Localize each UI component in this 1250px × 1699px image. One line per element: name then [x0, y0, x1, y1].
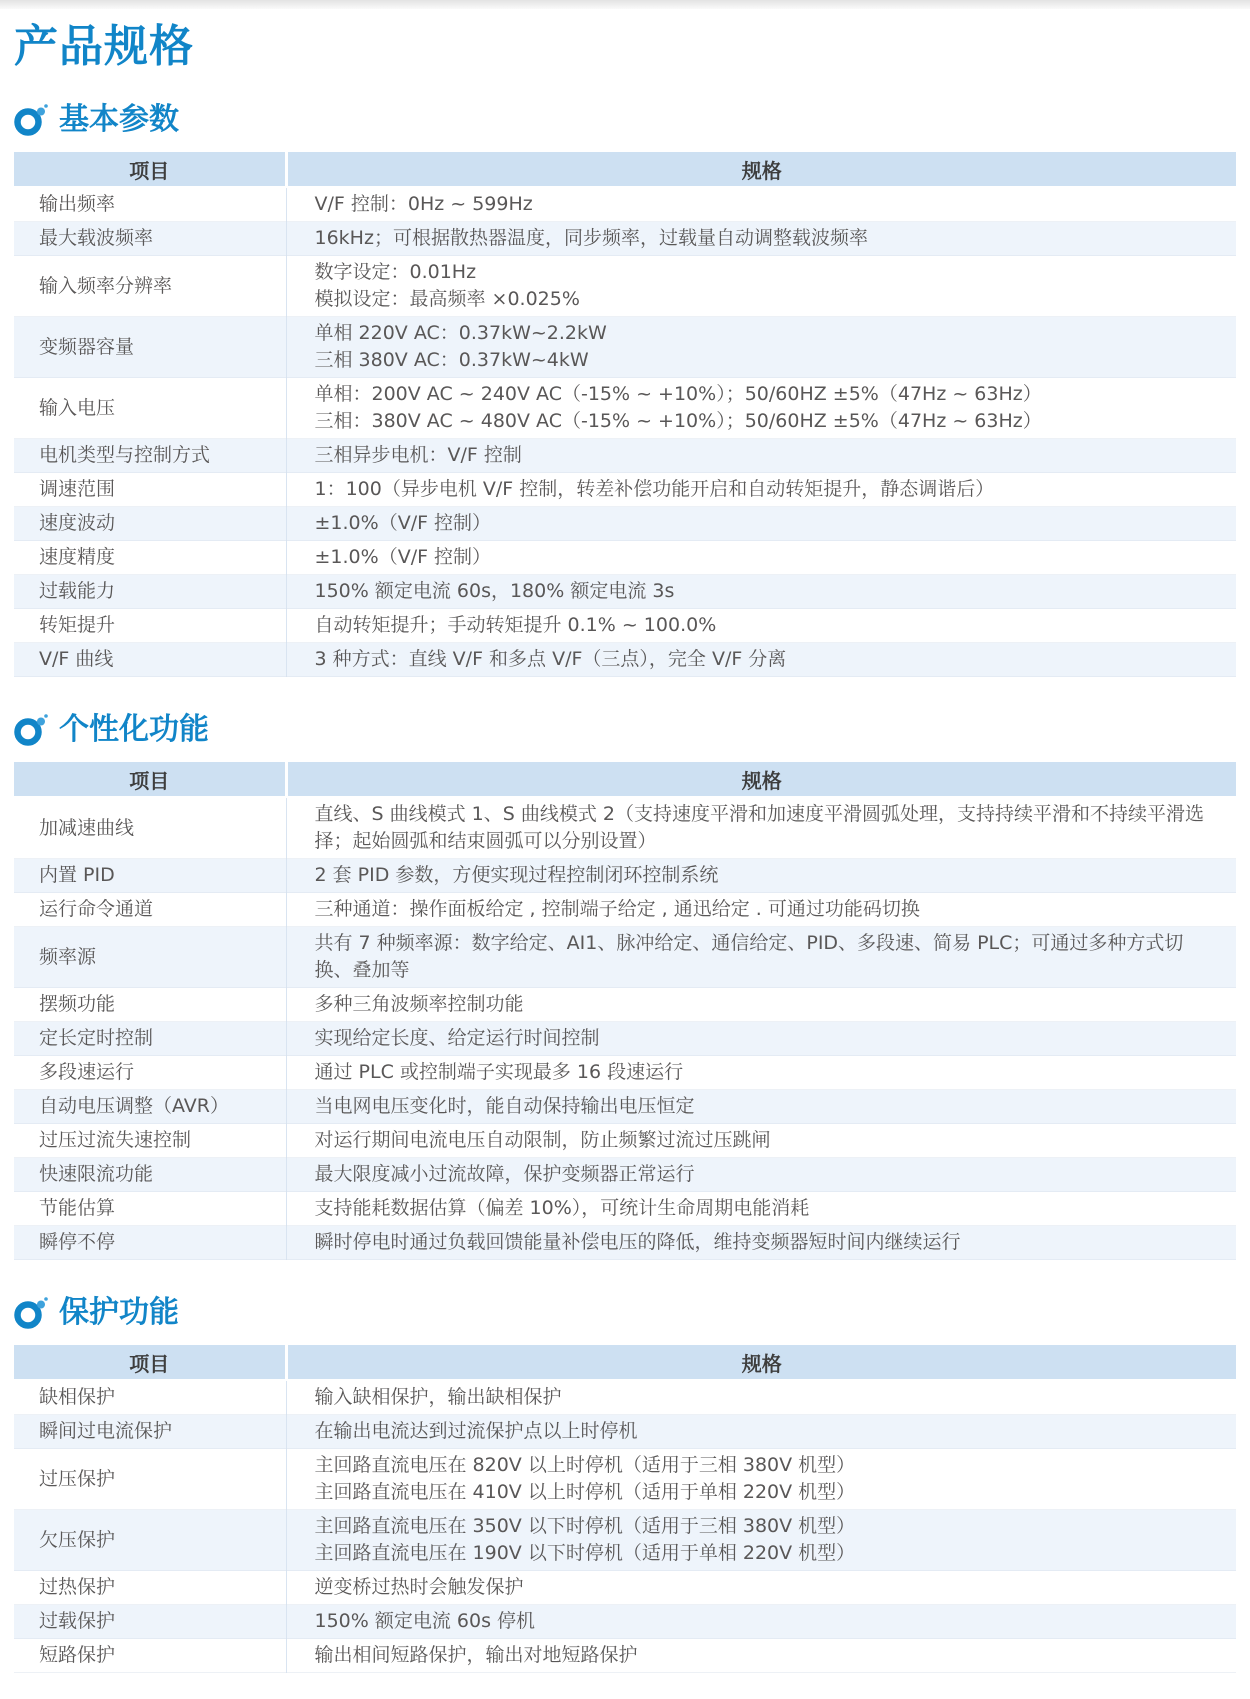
item-cell: 过载能力 — [14, 575, 286, 609]
table-row: 过热保护逆变桥过热时会触发保护 — [14, 1571, 1236, 1605]
spec-cell: 单相：200V AC ~ 240V AC（-15% ~ +10%）；50/60H… — [286, 378, 1236, 439]
item-cell: 自动电压调整（AVR） — [14, 1090, 286, 1124]
table-row: 定长定时控制实现给定长度、给定运行时间控制 — [14, 1022, 1236, 1056]
item-cell: 瞬间过电流保护 — [14, 1415, 286, 1449]
item-cell: 电机类型与控制方式 — [14, 439, 286, 473]
column-header-item: 项目 — [14, 1345, 286, 1380]
table-row: 输入电压单相：200V AC ~ 240V AC（-15% ~ +10%）；50… — [14, 378, 1236, 439]
table-row: 欠压保护主回路直流电压在 350V 以下时停机（适用于三相 380V 机型） 主… — [14, 1510, 1236, 1571]
spec-cell: 共有 7 种频率源：数字给定、AI1、脉冲给定、通信给定、PID、多段速、简易 … — [286, 927, 1236, 988]
spec-cell: 150% 额定电流 60s 停机 — [286, 1605, 1236, 1639]
item-cell: 过载保护 — [14, 1605, 286, 1639]
table-row: 调速范围1：100（异步电机 V/F 控制，转差补偿功能开启和自动转矩提升，静态… — [14, 473, 1236, 507]
item-cell: 节能估算 — [14, 1192, 286, 1226]
table-header-row: 项目 规格 — [14, 152, 1236, 187]
basic-params-table: 项目 规格 输出频率V/F 控制：0Hz ~ 599Hz最大载波频率16kHz；… — [14, 152, 1236, 677]
item-cell: 输入电压 — [14, 378, 286, 439]
spec-cell: 16kHz；可根据散热器温度，同步频率，过载量自动调整载波频率 — [286, 222, 1236, 256]
page-title: 产品规格 — [14, 19, 1236, 75]
table-row: 速度波动±1.0%（V/F 控制） — [14, 507, 1236, 541]
item-cell: 缺相保护 — [14, 1380, 286, 1415]
spec-cell: ±1.0%（V/F 控制） — [286, 541, 1236, 575]
item-cell: 速度精度 — [14, 541, 286, 575]
table-row: 短路保护输出相间短路保护，输出对地短路保护 — [14, 1639, 1236, 1673]
table-row: 变频器容量单相 220V AC：0.37kW~2.2kW 三相 380V AC：… — [14, 317, 1236, 378]
column-header-spec: 规格 — [286, 1345, 1236, 1380]
item-cell: 过热保护 — [14, 1571, 286, 1605]
item-cell: 多段速运行 — [14, 1056, 286, 1090]
item-cell: 瞬停不停 — [14, 1226, 286, 1260]
table-row: 最大载波频率16kHz；可根据散热器温度，同步频率，过载量自动调整载波频率 — [14, 222, 1236, 256]
table-row: 缺相保护输入缺相保护，输出缺相保护 — [14, 1380, 1236, 1415]
table-row: 多段速运行通过 PLC 或控制端子实现最多 16 段速运行 — [14, 1056, 1236, 1090]
item-cell: 最大载波频率 — [14, 222, 286, 256]
spec-cell: V/F 控制：0Hz ~ 599Hz — [286, 187, 1236, 222]
item-cell: 摆频功能 — [14, 988, 286, 1022]
table-row: 运行命令通道三种通道：操作面板给定 , 控制端子给定 , 通迅给定 . 可通过功… — [14, 893, 1236, 927]
table-row: 内置 PID2 套 PID 参数，方便实现过程控制闭环控制系统 — [14, 859, 1236, 893]
spec-cell: 当电网电压变化时，能自动保持输出电压恒定 — [286, 1090, 1236, 1124]
table-row: 过压过流失速控制对运行期间电流电压自动限制，防止频繁过流过压跳闸 — [14, 1124, 1236, 1158]
item-cell: 内置 PID — [14, 859, 286, 893]
table-row: 摆频功能多种三角波频率控制功能 — [14, 988, 1236, 1022]
item-cell: 欠压保护 — [14, 1510, 286, 1571]
item-cell: 短路保护 — [14, 1639, 286, 1673]
ring-with-dots-icon — [14, 1296, 48, 1330]
spec-cell: 自动转矩提升；手动转矩提升 0.1% ~ 100.0% — [286, 609, 1236, 643]
section-heading-label: 保护功能 — [59, 1294, 179, 1332]
table-row: 过压保护主回路直流电压在 820V 以上时停机（适用于三相 380V 机型） 主… — [14, 1449, 1236, 1510]
spec-cell: 主回路直流电压在 350V 以下时停机（适用于三相 380V 机型） 主回路直流… — [286, 1510, 1236, 1571]
item-cell: 过压过流失速控制 — [14, 1124, 286, 1158]
spec-cell: 2 套 PID 参数，方便实现过程控制闭环控制系统 — [286, 859, 1236, 893]
table-row: 速度精度±1.0%（V/F 控制） — [14, 541, 1236, 575]
column-header-item: 项目 — [14, 152, 286, 187]
table-row: 加减速曲线直线、S 曲线模式 1、S 曲线模式 2（支持速度平滑和加速度平滑圆弧… — [14, 797, 1236, 859]
table-row: 转矩提升自动转矩提升；手动转矩提升 0.1% ~ 100.0% — [14, 609, 1236, 643]
item-cell: 频率源 — [14, 927, 286, 988]
spec-cell: 输出相间短路保护，输出对地短路保护 — [286, 1639, 1236, 1673]
table-header-row: 项目 规格 — [14, 1345, 1236, 1380]
table-header-row: 项目 规格 — [14, 762, 1236, 797]
spec-cell: 最大限度减小过流故障，保护变频器正常运行 — [286, 1158, 1236, 1192]
column-header-spec: 规格 — [286, 152, 1236, 187]
item-cell: 调速范围 — [14, 473, 286, 507]
ring-with-dots-icon — [14, 103, 48, 137]
item-cell: V/F 曲线 — [14, 643, 286, 677]
spec-cell: 实现给定长度、给定运行时间控制 — [286, 1022, 1236, 1056]
spec-cell: 1：100（异步电机 V/F 控制，转差补偿功能开启和自动转矩提升，静态调谐后） — [286, 473, 1236, 507]
table-row: 瞬停不停瞬时停电时通过负载回馈能量补偿电压的降低，维持变频器短时间内继续运行 — [14, 1226, 1236, 1260]
spec-cell: 支持能耗数据估算（偏差 10%），可统计生命周期电能消耗 — [286, 1192, 1236, 1226]
spec-cell: 单相 220V AC：0.37kW~2.2kW 三相 380V AC：0.37k… — [286, 317, 1236, 378]
table-row: 自动电压调整（AVR）当电网电压变化时，能自动保持输出电压恒定 — [14, 1090, 1236, 1124]
item-cell: 加减速曲线 — [14, 797, 286, 859]
item-cell: 运行命令通道 — [14, 893, 286, 927]
table-row: 节能估算支持能耗数据估算（偏差 10%），可统计生命周期电能消耗 — [14, 1192, 1236, 1226]
section-heading-personalized-functions: 个性化功能 — [14, 711, 1236, 749]
spec-cell: 瞬时停电时通过负载回馈能量补偿电压的降低，维持变频器短时间内继续运行 — [286, 1226, 1236, 1260]
table-row: 输出频率V/F 控制：0Hz ~ 599Hz — [14, 187, 1236, 222]
item-cell: 变频器容量 — [14, 317, 286, 378]
item-cell: 快速限流功能 — [14, 1158, 286, 1192]
table-row: 输入频率分辨率数字设定：0.01Hz 模拟设定：最高频率 ×0.025% — [14, 256, 1236, 317]
spec-cell: ±1.0%（V/F 控制） — [286, 507, 1236, 541]
personalized-functions-table: 项目 规格 加减速曲线直线、S 曲线模式 1、S 曲线模式 2（支持速度平滑和加… — [14, 762, 1236, 1260]
section-heading-label: 基本参数 — [59, 101, 179, 139]
column-header-spec: 规格 — [286, 762, 1236, 797]
section-heading-label: 个性化功能 — [59, 711, 209, 749]
table-row: V/F 曲线3 种方式：直线 V/F 和多点 V/F（三点），完全 V/F 分离 — [14, 643, 1236, 677]
item-cell: 速度波动 — [14, 507, 286, 541]
item-cell: 输出频率 — [14, 187, 286, 222]
column-header-item: 项目 — [14, 762, 286, 797]
spec-cell: 150% 额定电流 60s，180% 额定电流 3s — [286, 575, 1236, 609]
spec-cell: 数字设定：0.01Hz 模拟设定：最高频率 ×0.025% — [286, 256, 1236, 317]
item-cell: 定长定时控制 — [14, 1022, 286, 1056]
spec-cell: 在输出电流达到过流保护点以上时停机 — [286, 1415, 1236, 1449]
item-cell: 转矩提升 — [14, 609, 286, 643]
spec-cell: 三种通道：操作面板给定 , 控制端子给定 , 通迅给定 . 可通过功能码切换 — [286, 893, 1236, 927]
item-cell: 过压保护 — [14, 1449, 286, 1510]
section-heading-protection-functions: 保护功能 — [14, 1294, 1236, 1332]
table-row: 过载能力150% 额定电流 60s，180% 额定电流 3s — [14, 575, 1236, 609]
spec-cell: 多种三角波频率控制功能 — [286, 988, 1236, 1022]
table-row: 电机类型与控制方式三相异步电机：V/F 控制 — [14, 439, 1236, 473]
spec-document: 产品规格 基本参数 项目 规格 输出频率V/F 控制：0Hz ~ 599Hz最大… — [0, 19, 1250, 1699]
protection-functions-table: 项目 规格 缺相保护输入缺相保护，输出缺相保护瞬间过电流保护在输出电流达到过流保… — [14, 1345, 1236, 1673]
spec-cell: 主回路直流电压在 820V 以上时停机（适用于三相 380V 机型） 主回路直流… — [286, 1449, 1236, 1510]
ring-with-dots-icon — [14, 713, 48, 747]
spec-cell: 逆变桥过热时会触发保护 — [286, 1571, 1236, 1605]
section-heading-basic-params: 基本参数 — [14, 101, 1236, 139]
spec-cell: 三相异步电机：V/F 控制 — [286, 439, 1236, 473]
spec-cell: 通过 PLC 或控制端子实现最多 16 段速运行 — [286, 1056, 1236, 1090]
spec-cell: 3 种方式：直线 V/F 和多点 V/F（三点），完全 V/F 分离 — [286, 643, 1236, 677]
table-row: 瞬间过电流保护在输出电流达到过流保护点以上时停机 — [14, 1415, 1236, 1449]
table-row: 频率源共有 7 种频率源：数字给定、AI1、脉冲给定、通信给定、PID、多段速、… — [14, 927, 1236, 988]
spec-cell: 对运行期间电流电压自动限制，防止频繁过流过压跳闸 — [286, 1124, 1236, 1158]
spec-cell: 直线、S 曲线模式 1、S 曲线模式 2（支持速度平滑和加速度平滑圆弧处理，支持… — [286, 797, 1236, 859]
table-row: 快速限流功能最大限度减小过流故障，保护变频器正常运行 — [14, 1158, 1236, 1192]
item-cell: 输入频率分辨率 — [14, 256, 286, 317]
table-row: 过载保护150% 额定电流 60s 停机 — [14, 1605, 1236, 1639]
spec-cell: 输入缺相保护，输出缺相保护 — [286, 1380, 1236, 1415]
top-divider-bar — [0, 0, 1250, 9]
